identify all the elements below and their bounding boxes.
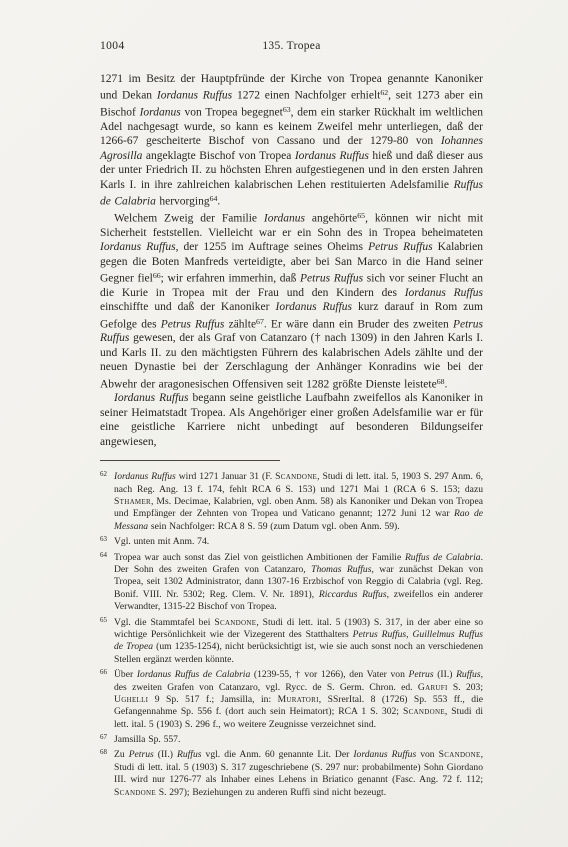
text-run: . [445, 378, 448, 390]
text-run: . [217, 195, 220, 207]
text-run: Iordanus Ruffus [114, 471, 176, 482]
text-run: Iordanus [264, 212, 305, 224]
footnote-text: Über Iordanus Ruffus de Calabria (1239-5… [114, 669, 483, 729]
text-run: (um 1235-1254), nicht berücksichtigt ist… [114, 641, 483, 664]
footnote-reference: 62 [380, 88, 388, 97]
text-run: Scandone [214, 617, 256, 628]
text-run: Über [114, 669, 137, 680]
text-run: von Tropea begegnet [181, 106, 283, 118]
text-run: S. 203; [448, 682, 483, 693]
text-run: Petrus [409, 669, 434, 680]
text-run: Iordanus Ruffus [295, 150, 369, 162]
footnote-number: 67 [100, 731, 114, 743]
text-run: Vgl. unten mit Anm. 74. [114, 536, 209, 547]
text-run: Iordanus Ruffus de Calabria [137, 669, 250, 680]
footnote-reference: 65 [357, 211, 365, 220]
text-run: Jamsilla Sp. 557. [114, 734, 180, 745]
footnote-reference: 63 [283, 105, 291, 114]
text-run: Scandone [439, 750, 481, 761]
text-run: , der 1255 im Auftrage seines Oheims [176, 241, 368, 253]
text-run: Iordanus Ruffus [405, 287, 483, 299]
text-run: wird 1271 Januar 31 (F. [176, 471, 275, 482]
footnote-number: 62 [100, 468, 114, 480]
text-run: Ruffus [456, 669, 481, 680]
page-header: 1004 135. Tropea [100, 40, 483, 55]
page-content: 1004 135. Tropea 1271 im Besitz der Haup… [100, 40, 483, 799]
text-run: (II.) [154, 750, 177, 761]
text-run: einschiffte und daß der Kanoniker [100, 301, 275, 313]
footnote-number: 65 [100, 614, 114, 626]
text-run: von [416, 750, 438, 761]
footnote-number: 68 [100, 746, 114, 758]
footnote-reference: 66 [153, 271, 161, 280]
footnote-number: 64 [100, 549, 114, 561]
text-run: Iordanus Ruffus [353, 750, 416, 761]
text-run: Petrus Ruffus [300, 272, 363, 284]
paragraph-3: Iordanus Ruffus begann seine geistliche … [100, 391, 483, 449]
text-run: vgl. die Anm. 60 genannte Lit. Der [202, 750, 354, 761]
text-run: Scandone [275, 471, 317, 482]
text-run: Vgl. die Stammtafel bei [114, 617, 214, 628]
text-run: Sthamer [114, 496, 151, 507]
text-run: Iordanus Ruffus [114, 392, 189, 404]
running-title: 135. Tropea [100, 40, 483, 52]
text-run: ; wir erfahren immerhin, daß [161, 272, 300, 284]
text-run: Ruffus de Calabria [405, 552, 481, 563]
text-run: gewesen, der als Graf von Catanzaro († n… [100, 332, 483, 390]
footnote-63: 63Vgl. unten mit Anm. 74. [100, 533, 483, 548]
footnote-text: Tropea war auch sonst das Ziel von geist… [114, 552, 483, 612]
paragraph-2: Welchem Zweig der Familie Iordanus angeh… [100, 209, 483, 392]
text-run: zählte [224, 318, 256, 330]
footnote-text: Jamsilla Sp. 557. [114, 734, 180, 745]
text-run: 1272 einen Nachfolger erhielt [232, 90, 380, 102]
footnote-separator [100, 460, 280, 461]
text-run: angeklagte Bischof von Tropea [142, 150, 294, 162]
text-run: Petrus [129, 750, 154, 761]
footnote-reference: 68 [437, 377, 445, 386]
text-run: Tropea war auch sonst das Ziel von geist… [114, 552, 405, 563]
footnote-64: 64Tropea war auch sonst das Ziel von gei… [100, 549, 483, 614]
text-run: 9 Sp. 517 f.; Jamsilla, in: [148, 694, 277, 705]
footnote-text: Zu Petrus (II.) Ruffus vgl. die Anm. 60 … [114, 750, 483, 798]
text-run: Petrus Ruffus [161, 318, 225, 330]
text-run: hervorging [156, 195, 210, 207]
paragraph-1: 1271 im Besitz der Hauptpfründe der Kirc… [100, 72, 483, 209]
text-run: sein Nachfolger: RCA 8 S. 59 (zum Datum … [148, 521, 400, 532]
footnote-67: 67Jamsilla Sp. 557. [100, 731, 483, 746]
footnotes: 62Iordanus Ruffus wird 1271 Januar 31 (F… [100, 468, 483, 799]
text-run: S. 297); Beziehungen zu anderen Ruffi si… [156, 787, 386, 798]
text-run: Scandone [403, 706, 445, 717]
body-text: 1271 im Besitz der Hauptpfründe der Kirc… [100, 72, 483, 449]
text-run: Welchem Zweig der Familie [114, 212, 264, 224]
text-run: (II.) [434, 669, 456, 680]
text-run: Iordanus Ruffus [275, 301, 352, 313]
text-run: Muratori [278, 694, 319, 705]
text-run: Ruffus [177, 750, 202, 761]
text-run: Iordanus Ruffus [157, 90, 232, 102]
footnote-62: 62Iordanus Ruffus wird 1271 Januar 31 (F… [100, 468, 483, 533]
footnote-text: Vgl. unten mit Anm. 74. [114, 536, 209, 547]
footnote-number: 63 [100, 533, 114, 545]
footnote-68: 68Zu Petrus (II.) Ruffus vgl. die Anm. 6… [100, 746, 483, 799]
text-run: angehörte [305, 212, 357, 224]
text-run: Zu [114, 750, 129, 761]
text-run: Ughelli [114, 694, 148, 705]
text-run: , Ms. Decimae, Kalabrien, vgl. oben Anm.… [114, 496, 483, 519]
text-run: Thomas Ruffus [311, 564, 371, 575]
text-run: Petrus Ruffus [368, 241, 433, 253]
footnote-66: 66Über Iordanus Ruffus de Calabria (1239… [100, 666, 483, 731]
footnote-number: 66 [100, 666, 114, 678]
text-run: Iordanus [140, 106, 181, 118]
text-run: Scandone [114, 787, 156, 798]
footnote-text: Vgl. die Stammtafel bei Scandone, Studi … [114, 617, 483, 665]
text-run: Garufi [418, 682, 448, 693]
text-run: Riccardus Ruffus [319, 589, 387, 600]
text-run: . Er wäre dann ein Bruder des zweiten [264, 318, 453, 330]
text-run: Iordanus Ruffus [100, 241, 176, 253]
footnote-65: 65Vgl. die Stammtafel bei Scandone, Stud… [100, 614, 483, 667]
text-run: Petrus Ruffus [353, 629, 406, 640]
book-page: 1004 135. Tropea 1271 im Besitz der Haup… [0, 0, 568, 847]
footnote-reference: 67 [256, 317, 264, 326]
text-run: (1239-55, † vor 1266), den Vater von [250, 669, 408, 680]
footnote-text: Iordanus Ruffus wird 1271 Januar 31 (F. … [114, 471, 483, 531]
